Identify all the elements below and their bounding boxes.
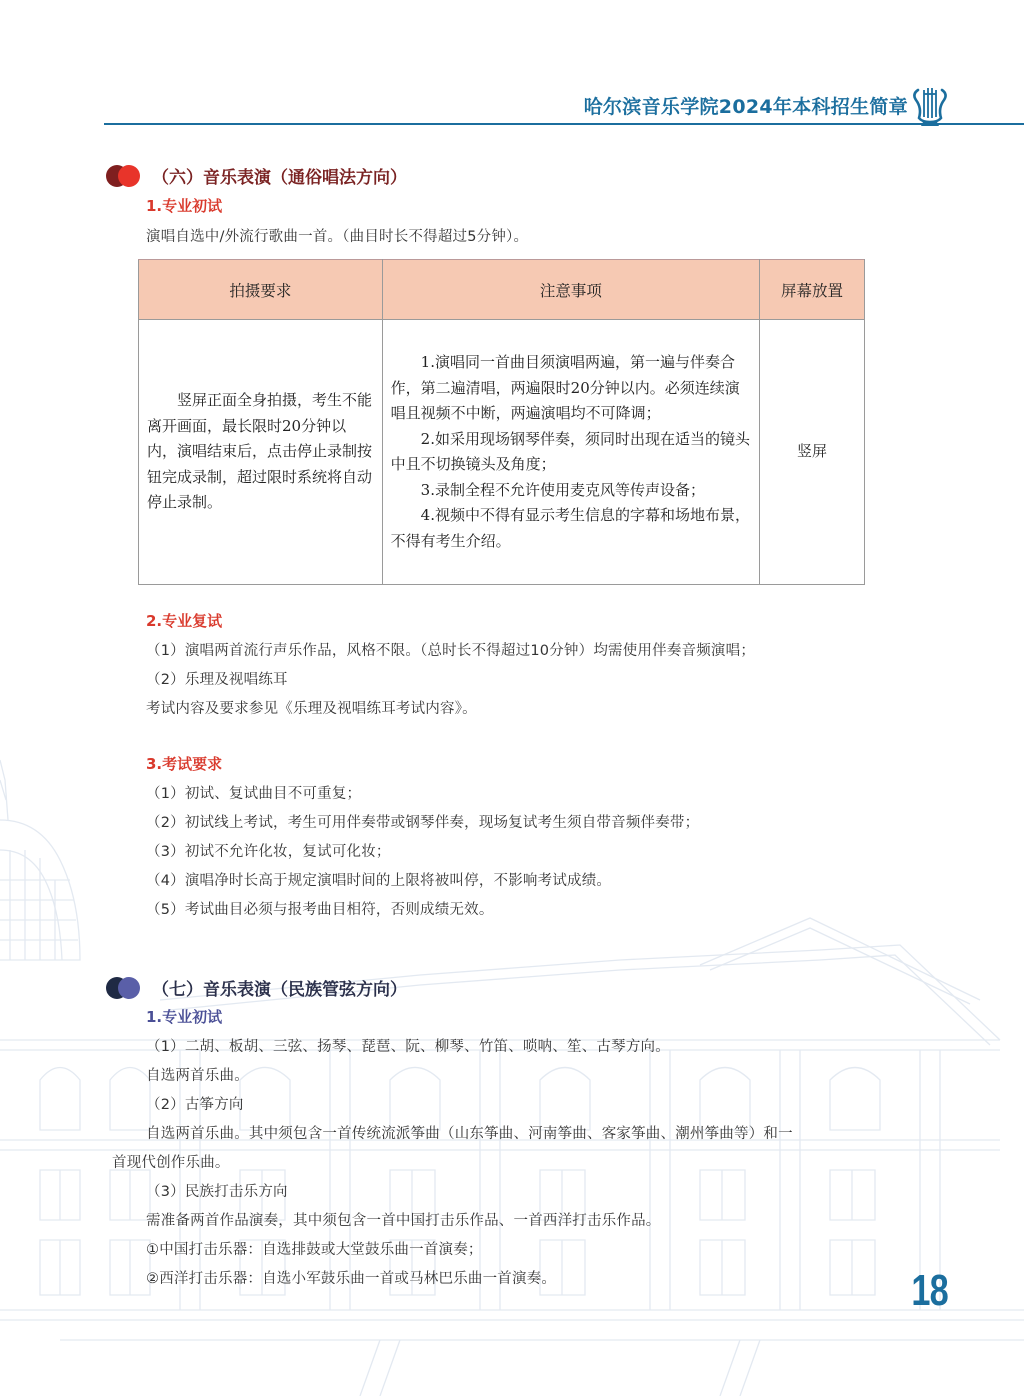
document-title: 哈尔滨音乐学院2024年本科招生简章 xyxy=(584,92,908,119)
s7-part1-heading: 1.专业初试 xyxy=(146,1006,222,1027)
s7-line: 首现代创作乐曲。 xyxy=(112,1151,230,1172)
s6-part3-heading: 3.考试要求 xyxy=(146,753,222,774)
lyre-logo-icon xyxy=(910,84,950,126)
bullet-dot-light xyxy=(118,977,140,999)
section-bullet-icon xyxy=(106,977,142,999)
bullet-dot-light xyxy=(118,165,140,187)
s6-part2-note: 考试内容及要求参见《乐理及视唱练耳考试内容》。 xyxy=(146,697,477,718)
cell-notes: 1.演唱同一首曲目须演唱两遍，第一遍与伴奏合作，第二遍清唱，两遍限时20分钟以内… xyxy=(382,320,759,585)
s7-line: （3）民族打击乐方向 xyxy=(146,1180,288,1201)
s6-part3-item: （5）考试曲目必须与报考曲目相符，否则成绩无效。 xyxy=(146,898,494,919)
s6-part2-item: （2）乐理及视唱练耳 xyxy=(146,668,288,689)
s7-line: ②西洋打击乐器：自选小军鼓乐曲一首或马林巴乐曲一首演奏。 xyxy=(146,1267,556,1288)
section-6-heading: （六）音乐表演（通俗唱法方向） xyxy=(106,163,407,188)
s7-line: 需准备两首作品演奏，其中须包含一首中国打击乐作品、一首西洋打击乐作品。 xyxy=(146,1209,661,1230)
section-7-heading: （七）音乐表演（民族管弦方向） xyxy=(106,975,407,1000)
page-number: 18 xyxy=(911,1266,948,1316)
table-row: 竖屏正面全身拍摄，考生不能离开画面，最长限时20分钟以内，演唱结束后，点击停止录… xyxy=(139,320,865,585)
table-header-row: 拍摄要求 注意事项 屏幕放置 xyxy=(139,260,865,320)
s6-part3-item: （4）演唱净时长高于规定演唱时间的上限将被叫停，不影响考试成绩。 xyxy=(146,869,611,890)
s6-part1-text: 演唱自选中/外流行歌曲一首。（曲目时长不得超过5分钟）。 xyxy=(146,225,528,246)
cell-shooting: 竖屏正面全身拍摄，考生不能离开画面，最长限时20分钟以内，演唱结束后，点击停止录… xyxy=(139,320,383,585)
note-item: 4.视频中不得有显示考生信息的字幕和场地布景，不得有考生介绍。 xyxy=(391,503,751,554)
s7-line: 自选两首乐曲。 xyxy=(146,1064,249,1085)
header-screen: 屏幕放置 xyxy=(760,260,865,320)
s6-part2-heading: 2.专业复试 xyxy=(146,610,222,631)
s7-line: （2）古筝方向 xyxy=(146,1093,244,1114)
header-divider xyxy=(104,123,1024,125)
s6-part1-heading: 1.专业初试 xyxy=(146,195,222,216)
s6-part3-item: （2）初试线上考试，考生可用伴奏带或钢琴伴奏，现场复试考生须自带音频伴奏带； xyxy=(146,811,699,832)
s6-part3-item: （3）初试不允许化妆，复试可化妆； xyxy=(146,840,391,861)
section-bullet-icon xyxy=(106,165,142,187)
cell-screen: 竖屏 xyxy=(760,320,865,585)
note-item: 3.录制全程不允许使用麦克风等传声设备； xyxy=(391,478,751,504)
header-shooting: 拍摄要求 xyxy=(139,260,383,320)
page-header: 哈尔滨音乐学院2024年本科招生简章 xyxy=(104,84,1024,126)
section-6-title: （六）音乐表演（通俗唱法方向） xyxy=(152,163,407,188)
section-7-title: （七）音乐表演（民族管弦方向） xyxy=(152,975,407,1000)
s7-line: 自选两首乐曲。其中须包含一首传统流派筝曲（山东筝曲、河南筝曲、客家筝曲、潮州筝曲… xyxy=(146,1122,793,1143)
note-item: 1.演唱同一首曲目须演唱两遍，第一遍与伴奏合作，第二遍清唱，两遍限时20分钟以内… xyxy=(391,350,751,427)
s7-line: （1）二胡、板胡、三弦、扬琴、琵琶、阮、柳琴、竹笛、唢呐、笙、古琴方向。 xyxy=(146,1035,670,1056)
s7-line: ①中国打击乐器：自选排鼓或大堂鼓乐曲一首演奏； xyxy=(146,1238,483,1259)
filming-requirements-table: 拍摄要求 注意事项 屏幕放置 竖屏正面全身拍摄，考生不能离开画面，最长限时20分… xyxy=(138,259,865,585)
s6-part3-item: （1）初试、复试曲目不可重复； xyxy=(146,782,361,803)
note-item: 2.如采用现场钢琴伴奏，须同时出现在适当的镜头中且不切换镜头及角度； xyxy=(391,427,751,478)
s6-part2-item: （1）演唱两首流行声乐作品，风格不限。（总时长不得超过10分钟）均需使用伴奏音频… xyxy=(146,639,755,660)
header-notes: 注意事项 xyxy=(382,260,759,320)
